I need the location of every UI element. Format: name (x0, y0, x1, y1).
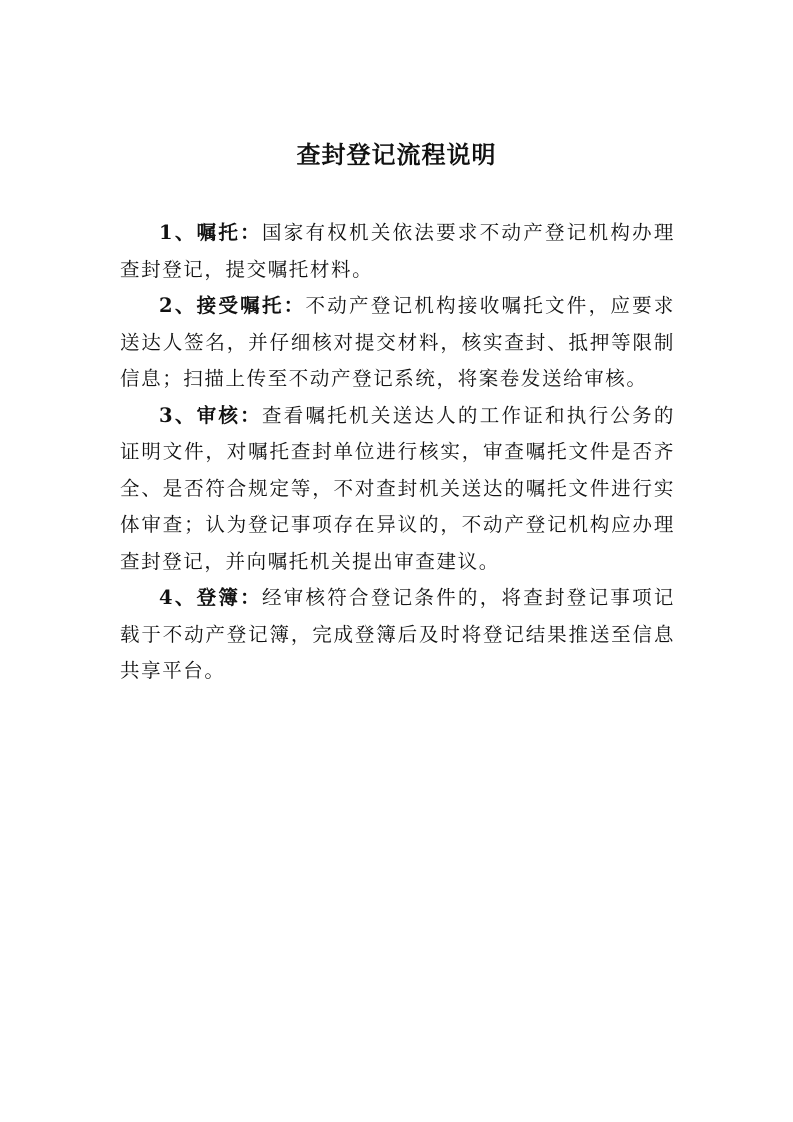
section-entrust: 1、嘱托：国家有权机关依法要求不动产登记机构办理查封登记，提交嘱托材料。 (120, 215, 675, 288)
section-register: 4、登簿：经审核符合登记条件的，将查封登记事项记载于不动产登记簿，完成登簿后及时… (120, 580, 675, 690)
section-label: 3、审核： (159, 404, 262, 427)
page-title: 查封登记流程说明 (0, 140, 793, 170)
section-label: 2、接受嘱托： (159, 294, 306, 317)
section-label: 1、嘱托： (159, 221, 262, 244)
section-review: 3、审核：查看嘱托机关送达人的工作证和执行公务的证明文件，对嘱托查封单位进行核实… (120, 398, 675, 581)
section-accept-entrust: 2、接受嘱托：不动产登记机构接收嘱托文件，应要求送达人签名，并仔细核对提交材料，… (120, 288, 675, 398)
document-body: 1、嘱托：国家有权机关依法要求不动产登记机构办理查封登记，提交嘱托材料。 2、接… (120, 215, 675, 690)
section-text: 查看嘱托机关送达人的工作证和执行公务的证明文件，对嘱托查封单位进行核实，审查嘱托… (120, 404, 675, 573)
section-label: 4、登簿： (159, 586, 262, 609)
